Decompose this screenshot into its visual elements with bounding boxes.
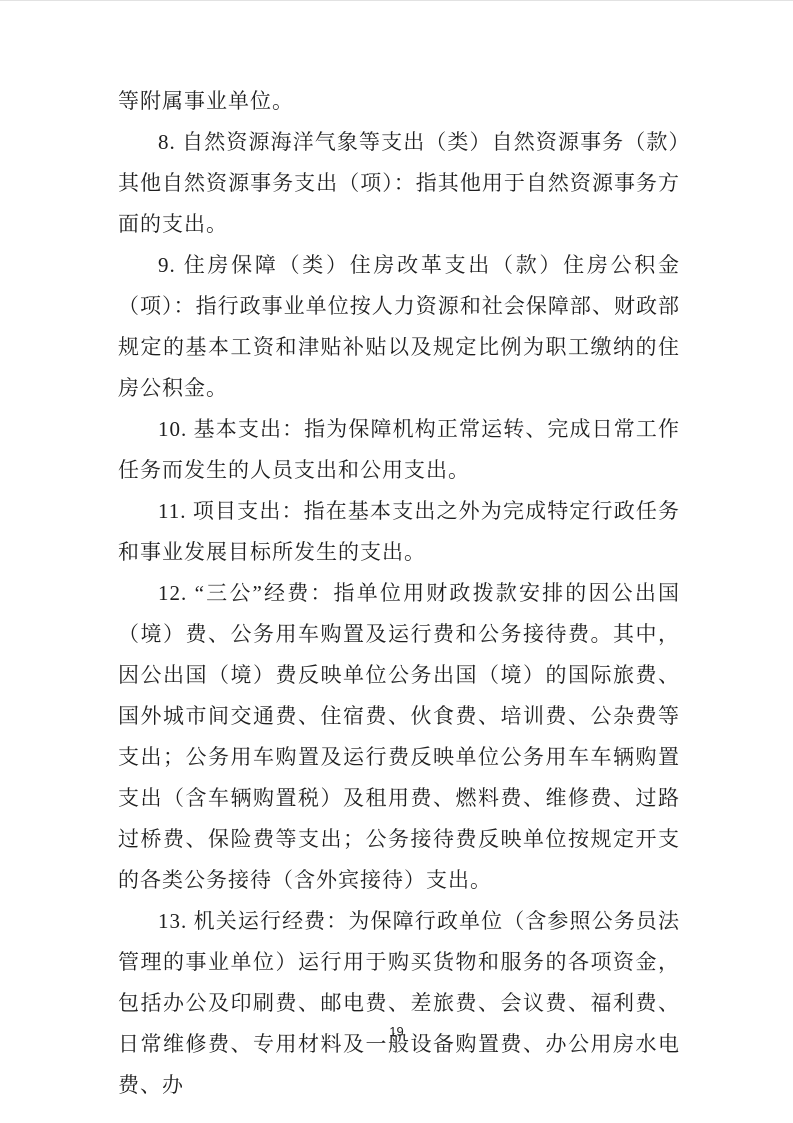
- paragraph-item-9: 9. 住房保障（类）住房改革支出（款）住房公积金（项）：指行政事业单位按人力资源…: [118, 245, 680, 409]
- page-number: 19: [389, 1024, 403, 1039]
- paragraph-item-10: 10. 基本支出：指为保障机构正常运转、完成日常工作任务而发生的人员支出和公用支…: [118, 409, 680, 491]
- paragraph-continuation: 等附属事业单位。: [118, 81, 680, 122]
- paragraph-item-8: 8. 自然资源海洋气象等支出（类）自然资源事务（款）其他自然资源事务支出（项）：…: [118, 122, 680, 245]
- paragraph-item-13: 13. 机关运行经费：为保障行政单位（含参照公务员法管理的事业单位）运行用于购买…: [118, 901, 680, 1106]
- paragraph-item-12: 12. “三公”经费：指单位用财政拨款安排的因公出国（境）费、公务用车购置及运行…: [118, 573, 680, 901]
- page-footer: 19: [0, 1023, 793, 1041]
- paragraph-item-11: 11. 项目支出：指在基本支出之外为完成特定行政任务和事业发展目标所发生的支出。: [118, 491, 680, 573]
- document-page: 等附属事业单位。 8. 自然资源海洋气象等支出（类）自然资源事务（款）其他自然资…: [0, 0, 793, 1123]
- document-body: 等附属事业单位。 8. 自然资源海洋气象等支出（类）自然资源事务（款）其他自然资…: [118, 81, 680, 1106]
